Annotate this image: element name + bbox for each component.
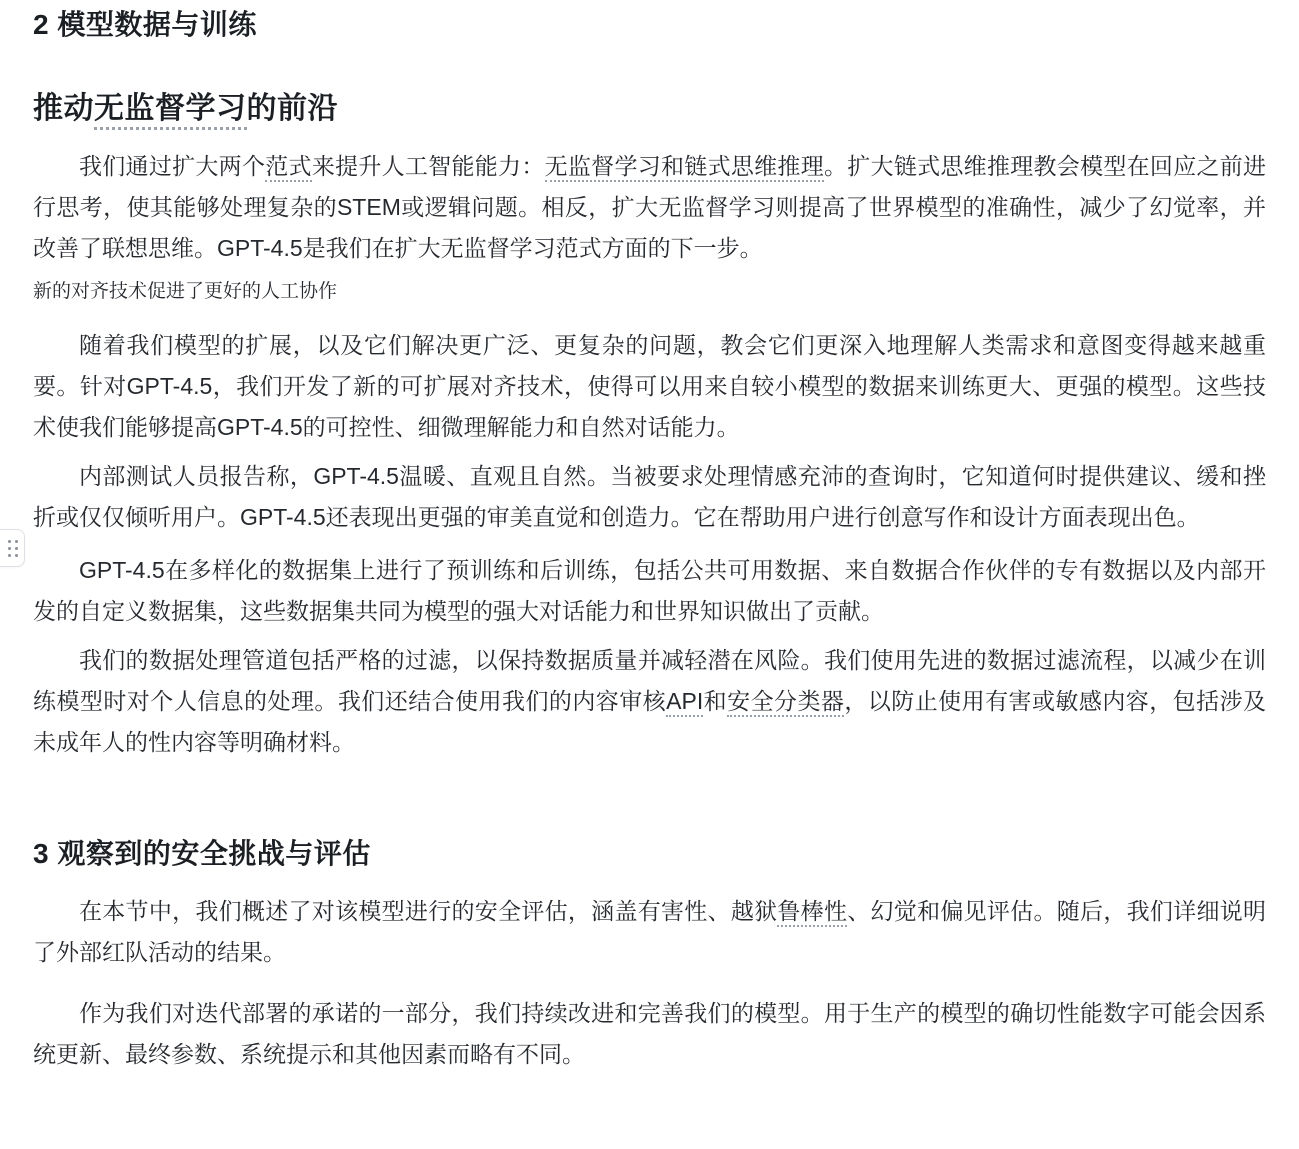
glossary-term-unsupervised-learning[interactable]: 无监督学习	[94, 92, 247, 130]
glossary-term-safety-classifiers[interactable]: 安全分类器	[727, 688, 844, 717]
glossary-term-paradigm[interactable]: 范式	[265, 153, 312, 182]
paragraph-text: 来提升人工智能能力：	[312, 153, 545, 179]
paragraph-text: 我们通过扩大两个	[79, 153, 265, 179]
paragraph-scalable-alignment: 随着我们模型的扩展，以及它们解决更广泛、更复杂的问题，教会它们更深入地理解人类需…	[33, 325, 1266, 448]
section-heading-model-data: 2 模型数据与训练	[33, 6, 1266, 44]
glossary-term-unsupervised-and-cot[interactable]: 无监督学习和链式思维推理	[545, 153, 824, 182]
section-heading-safety-challenges: 3 观察到的安全挑战与评估	[33, 835, 1266, 873]
paragraph-text: 和	[703, 688, 727, 714]
paragraph-paradigms: 我们通过扩大两个范式来提升人工智能能力：无监督学习和链式思维推理。扩大链式思维推…	[33, 146, 1266, 269]
paragraph-internal-testers: 内部测试人员报告称，GPT-4.5温暖、直观且自然。当被要求处理情感充沛的查询时…	[33, 456, 1266, 538]
glossary-term-robustness[interactable]: 鲁棒性	[777, 898, 847, 927]
minor-heading-alignment-techniques: 新的对齐技术促进了更好的人工协作	[33, 279, 1266, 305]
paragraph-iterative-deployment: 作为我们对迭代部署的承诺的一部分，我们持续改进和完善我们的模型。用于生产的模型的…	[33, 993, 1266, 1075]
paragraph-text: 在本节中，我们概述了对该模型进行的安全评估，涵盖有害性、越狱	[79, 898, 777, 924]
heading-text-pre: 推动	[33, 92, 94, 125]
heading-text-post: 的前沿	[247, 92, 339, 125]
paragraph-data-pipeline: 我们的数据处理管道包括严格的过滤，以保持数据质量并减轻潜在风险。我们使用先进的数…	[33, 640, 1266, 763]
document-body: 2 模型数据与训练 推动无监督学习的前沿 我们通过扩大两个范式来提升人工智能能力…	[0, 6, 1299, 1075]
subsection-heading-unsupervised-frontier: 推动无监督学习的前沿	[33, 88, 1266, 129]
drag-handle[interactable]	[0, 529, 25, 567]
glossary-term-moderation-api[interactable]: API	[666, 688, 703, 717]
paragraph-safety-overview: 在本节中，我们概述了对该模型进行的安全评估，涵盖有害性、越狱鲁棒性、幻觉和偏见评…	[33, 891, 1266, 973]
paragraph-training-datasets: GPT-4.5在多样化的数据集上进行了预训练和后训练，包括公共可用数据、来自数据…	[33, 550, 1266, 632]
drag-dots-icon	[8, 540, 18, 557]
